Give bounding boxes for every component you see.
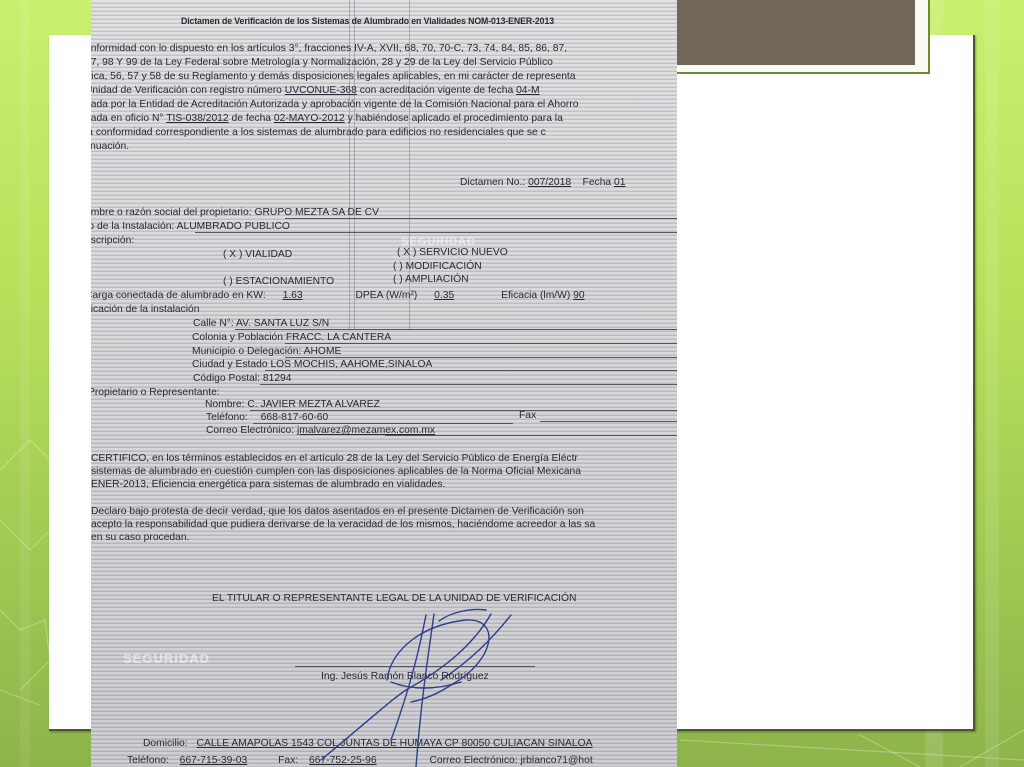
slide-title-fill (660, 0, 915, 65)
scanned-document-photo: Dictamen de Verificación de los Sistemas… (91, 0, 677, 767)
slide-title-block (660, 0, 930, 74)
signature-icon (91, 0, 677, 767)
